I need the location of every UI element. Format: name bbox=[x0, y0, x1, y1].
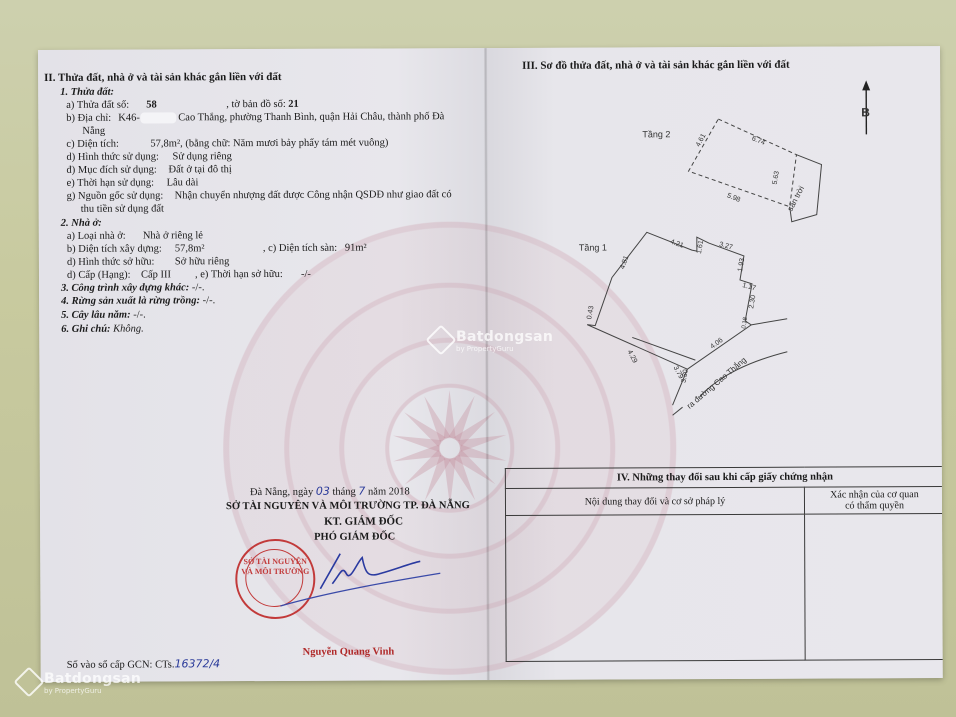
watermark-brand: Batdongsan bbox=[44, 671, 141, 687]
other-item-construction: 3. Công trình xây dựng khác: -/-. bbox=[61, 281, 204, 295]
month-value: 7 bbox=[358, 485, 365, 498]
parcel-label: a) Thửa đất số: bbox=[66, 99, 129, 113]
svg-text:2.30: 2.30 bbox=[748, 295, 757, 310]
own-term-value: -/- bbox=[301, 268, 311, 281]
watermark-brand: Batdongsan bbox=[456, 329, 553, 345]
changes-col-confirmation-line2: có thẩm quyền bbox=[845, 500, 904, 511]
own-term-label: , e) Thời hạn sở hữu: bbox=[195, 268, 283, 282]
term-label: e) Thời hạn sử dụng: bbox=[67, 176, 155, 190]
use-form-label: d) Hình thức sử dụng: bbox=[66, 150, 159, 164]
built-area-value: 57,8m² bbox=[175, 242, 205, 255]
ownership-value: Sở hữu riêng bbox=[175, 255, 229, 269]
map-number: 21 bbox=[288, 98, 299, 111]
svg-text:3.27: 3.27 bbox=[718, 241, 733, 251]
house-type-value: Nhà ở riêng lẻ bbox=[143, 229, 203, 243]
floor-area-value: 91m² bbox=[345, 242, 367, 255]
changes-empty-cell-confirmation bbox=[805, 514, 943, 661]
grade-value: Cấp III bbox=[141, 268, 171, 281]
watermark-sub: by PropertyGuru bbox=[44, 687, 141, 695]
signer-title-2: PHÓ GIÁM ĐỐC bbox=[314, 530, 395, 544]
watermark-sub: by PropertyGuru bbox=[456, 345, 553, 353]
address-prefix: K46- bbox=[118, 112, 140, 125]
svg-text:sân trời: sân trời bbox=[786, 184, 807, 212]
other-item-perennial: 5. Cây lâu năm: -/-. bbox=[61, 309, 146, 323]
svg-text:0.43: 0.43 bbox=[586, 305, 595, 320]
origin-label: g) Nguồn gốc sử dụng: bbox=[67, 189, 164, 203]
house-heading: 2. Nhà ở: bbox=[61, 217, 102, 230]
other-item-label: 6. Ghi chú: bbox=[61, 324, 110, 335]
place-date: Đà Nẵng, ngày 03 tháng 7 năm 2018 bbox=[250, 484, 410, 499]
origin-value-line1: Nhận chuyển nhượng đất được Công nhận QS… bbox=[175, 188, 452, 203]
north-arrow-icon: B bbox=[861, 80, 870, 134]
batdongsan-watermark-center: Batdongsanby PropertyGuru bbox=[430, 326, 553, 353]
area-label: c) Diện tích: bbox=[66, 138, 119, 152]
house-type-label: a) Loại nhà ở: bbox=[67, 230, 126, 244]
changes-col-content: Nội dung thay đổi và cơ sở pháp lý bbox=[505, 487, 804, 515]
svg-text:5.98: 5.98 bbox=[726, 192, 741, 204]
day-value: 03 bbox=[316, 485, 330, 498]
svg-text:1.61: 1.61 bbox=[696, 240, 705, 255]
use-form-value: Sử dụng riêng bbox=[172, 150, 231, 164]
section-ii-title: II. Thửa đất, nhà ở và tài sản khác gắn … bbox=[44, 71, 281, 85]
address-line2: Nẵng bbox=[82, 125, 105, 138]
changes-table: IV. Những thay đổi sau khi cấp giấy chứn… bbox=[505, 466, 943, 662]
registry-value: 16372/4 bbox=[174, 657, 220, 670]
purpose-label: đ) Mục đích sử dụng: bbox=[66, 163, 156, 177]
ownership-label: d) Hình thức sở hữu: bbox=[67, 255, 155, 269]
svg-text:Tầng 1: Tầng 1 bbox=[579, 243, 607, 253]
changes-empty-cell-content bbox=[506, 514, 806, 661]
purpose-value: Đất ở tại đô thị bbox=[168, 163, 231, 177]
svg-text:Tầng 2: Tầng 2 bbox=[642, 129, 670, 139]
other-item-value: -/-. bbox=[203, 295, 216, 306]
handwritten-signature bbox=[270, 543, 450, 614]
svg-text:4.29: 4.29 bbox=[626, 349, 639, 364]
other-item-label: 5. Cây lâu năm: bbox=[61, 310, 130, 321]
land-heading: 1. Thửa đất: bbox=[60, 86, 114, 100]
land-certificate-document: II. Thửa đất, nhà ở và tài sản khác gắn … bbox=[38, 46, 943, 682]
svg-text:1.93: 1.93 bbox=[737, 258, 746, 273]
floor-area-label: , c) Diện tích sàn: bbox=[263, 242, 337, 256]
issuing-authority: SỞ TÀI NGUYÊN VÀ MÔI TRƯỜNG TP. ĐÀ NẴNG bbox=[226, 499, 470, 513]
origin-value-line2: thu tiền sử dụng đất bbox=[81, 202, 164, 216]
map-label: , tờ bản đồ số: bbox=[226, 98, 286, 112]
area-value: 57,8m², (bằng chữ: Năm mươi bảy phẩy tám… bbox=[150, 136, 388, 150]
other-item-note: 6. Ghi chú: Không. bbox=[61, 323, 144, 337]
svg-text:3.30: 3.30 bbox=[681, 369, 690, 384]
svg-text:5.63: 5.63 bbox=[772, 170, 781, 185]
signer-name: Nguyễn Quang Vinh bbox=[303, 645, 395, 659]
changes-col-confirmation: Xác nhận của cơ quan có thẩm quyền bbox=[804, 487, 942, 515]
svg-text:B: B bbox=[861, 105, 870, 119]
redacted-address-block bbox=[140, 112, 176, 123]
parcel-number: 58 bbox=[146, 98, 157, 111]
year-label: năm 2018 bbox=[368, 486, 410, 497]
other-item-label: 3. Công trình xây dựng khác: bbox=[61, 282, 189, 294]
address-line1: Cao Thắng, phường Thanh Bình, quận Hải C… bbox=[178, 110, 444, 124]
other-item-value: -/-. bbox=[192, 282, 205, 293]
other-item-value: Không. bbox=[113, 324, 144, 335]
svg-text:4.81: 4.81 bbox=[619, 255, 630, 270]
svg-text:6.74: 6.74 bbox=[751, 135, 766, 147]
month-label: tháng bbox=[332, 487, 355, 498]
other-item-forest: 4. Rừng sản xuất là rừng trồng: -/-. bbox=[61, 294, 215, 308]
batdongsan-watermark-corner: Batdongsanby PropertyGuru bbox=[18, 668, 141, 695]
other-item-label: 4. Rừng sản xuất là rừng trồng: bbox=[61, 295, 200, 307]
address-label: b) Địa chỉ: bbox=[66, 112, 111, 125]
batdongsan-logo-icon bbox=[13, 666, 44, 697]
signer-title-1: KT. GIÁM ĐỐC bbox=[324, 515, 403, 529]
batdongsan-logo-icon bbox=[425, 324, 456, 355]
other-item-value: -/-. bbox=[133, 310, 146, 321]
built-area-label: b) Diện tích xây dựng: bbox=[67, 242, 162, 256]
changes-col-confirmation-line1: Xác nhận của cơ quan bbox=[830, 489, 919, 500]
term-value: Lâu dài bbox=[167, 176, 199, 189]
place-date-prefix: Đà Nẵng, ngày bbox=[250, 487, 313, 498]
svg-text:4.21: 4.21 bbox=[669, 239, 684, 250]
svg-text:1.17: 1.17 bbox=[742, 282, 757, 292]
grade-label: d) Cấp (Hạng): bbox=[67, 269, 131, 283]
changes-table-title: IV. Những thay đổi sau khi cấp giấy chứn… bbox=[505, 467, 942, 489]
